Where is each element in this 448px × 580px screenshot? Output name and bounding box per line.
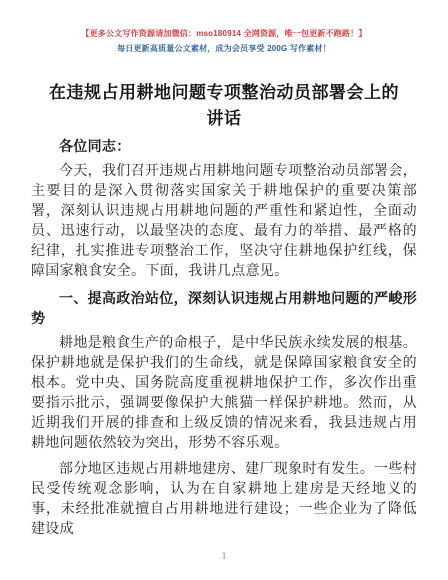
paragraph-intro: 今天，我们召开违规占用耕地问题专项整治动员部署会，主要目的是深入贯彻落实国家关于…	[31, 162, 417, 282]
ad-watermark: 【更多公文写作资源请加微信：mso180914 全网资源，唯一包更新不跑路！】 …	[0, 0, 448, 56]
page-number: 1	[222, 551, 227, 562]
paragraph-3: 部分地区违规占用耕地建房、建厂现象时有发生。一些村民受传统观念影响，认为在自家耕…	[31, 460, 417, 540]
watermark-line-2: 每日更新高质量公文素材，成为会员享受 200G 写作素材！	[0, 41, 448, 56]
salutation: 各位同志：	[31, 136, 417, 156]
document-body: 各位同志： 今天，我们召开违规占用耕地问题专项整治动员部署会，主要目的是深入贯彻…	[31, 136, 417, 540]
paragraph-2: 耕地是粮食生产的命根子，是中华民族永续发展的根基。保护耕地就是保护我们的生命线，…	[31, 334, 417, 454]
document-title: 在违规占用耕地问题专项整治动员部署会上的讲话	[43, 80, 405, 132]
document-page: 【更多公文写作资源请加微信：mso180914 全网资源，唯一包更新不跑路！】 …	[0, 0, 448, 580]
page-footer: 1	[0, 551, 448, 562]
section-heading-1: 一、提高政治站位，深刻认识违规占用耕地问题的严峻形势	[31, 288, 417, 328]
watermark-line-1: 【更多公文写作资源请加微信：mso180914 全网资源，唯一包更新不跑路！】	[0, 26, 448, 41]
